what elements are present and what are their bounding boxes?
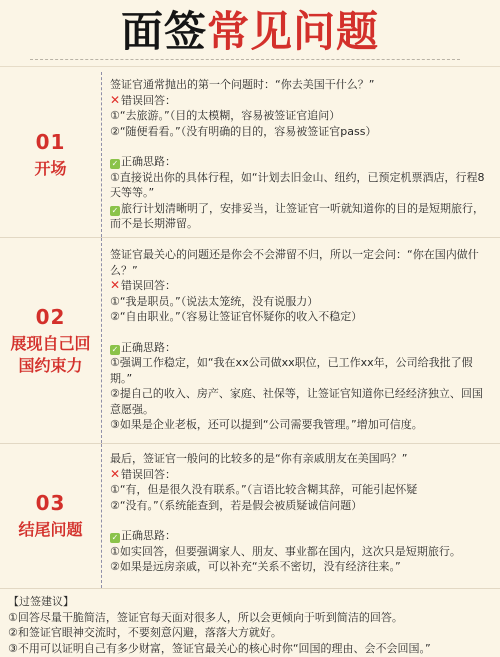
tip-item: ③不用可以证明自己有多少财富，签证官最关心的核心时你“回国的理由、会不会回国。” [8, 641, 494, 657]
section-number: 01 [36, 130, 66, 154]
correct-item: ①如实回答，但要强调家人、朋友、事业都在国内，这次只是短期旅行。 [110, 544, 490, 560]
title-red-part: 常见问题 [207, 7, 379, 56]
check-icon: ✓ [110, 159, 120, 169]
tip-item: ②和签证官眼神交流时，不要刻意闪避，落落大方就好。 [8, 625, 494, 641]
correct-answer-heading: ✓正确思路： [110, 528, 490, 544]
spacer [110, 139, 490, 154]
correct-extra: ✓旅行计划清晰明了，安排妥当，让签证官一听就知道你的目的是短期旅行，而不是长期滞… [110, 201, 490, 232]
section-label: 03 结尾问题 [0, 444, 102, 588]
section-closing: 03 结尾问题 最后，签证官一般问的比较多的是“你有亲戚朋友在美国吗？” ✕错误… [0, 444, 500, 589]
wrong-item: ①“有，但是很久没有联系。”（言语比较含糊其辞，可能引起怀疑 [110, 482, 490, 498]
section-name: 开场 [28, 158, 72, 180]
correct-label: 正确思路： [121, 155, 176, 168]
section-number: 02 [36, 305, 66, 329]
cross-icon: ✕ [110, 93, 121, 109]
title-underline-divider [30, 59, 460, 60]
wrong-label: 错误回答： [121, 94, 176, 107]
check-icon: ✓ [110, 533, 120, 543]
correct-item: ③如果是企业老板，还可以提到“公司需要我管理。”增加可信度。 [110, 417, 490, 433]
wrong-answer-heading: ✕错误回答： [110, 93, 490, 109]
correct-answer-heading: ✓正确思路： [110, 340, 490, 356]
correct-item: ②如果是远房亲戚，可以补充“关系不密切，没有经济往来。” [110, 559, 490, 575]
correct-item: ①直接说出你的具体行程，如“计划去旧金山、纽约，已预定机票酒店，行程8天等等。” [110, 170, 490, 201]
section-opening: 01 开场 签证官通常抛出的第一个问题时：“你去美国干什么？” ✕错误回答： ①… [0, 72, 500, 238]
section-intro: 签证官通常抛出的第一个问题时：“你去美国干什么？” [110, 77, 490, 93]
page-header: 面签常见问题 [0, 0, 500, 66]
check-icon: ✓ [110, 345, 120, 355]
wrong-answer-heading: ✕错误回答： [110, 278, 490, 294]
wrong-item: ①“去旅游。”（目的太模糊，容易被签证官追问） [110, 108, 490, 124]
wrong-item: ①“我是职员。”（说法太笼统，没有说服力） [110, 294, 490, 310]
section-name: 展现自己回国约束力 [5, 333, 97, 377]
cross-icon: ✕ [110, 467, 121, 483]
visa-tips: 【过签建议】 ①回答尽量干脆简洁，签证官每天面对很多人，所以会更倾向于听到简洁的… [8, 594, 494, 656]
correct-item: ①强调工作稳定，如“我在xx公司做xx职位，已工作xx年，公司给我批了假期。” [110, 355, 490, 386]
section-label: 02 展现自己回国约束力 [0, 238, 102, 443]
spacer [110, 513, 490, 528]
section-content: 签证官最关心的问题还是你会不会滞留不归，所以一定会问：“你在国内做什么？” ✕错… [110, 247, 490, 433]
section-intro: 签证官最关心的问题还是你会不会滞留不归，所以一定会问：“你在国内做什么？” [110, 247, 490, 278]
header-divider [0, 66, 500, 67]
wrong-item: ②“没有。”（系统能查到，若是假会被质疑诚信问题） [110, 498, 490, 514]
section-number: 03 [36, 491, 66, 515]
wrong-answer-heading: ✕错误回答： [110, 467, 490, 483]
section-content: 签证官通常抛出的第一个问题时：“你去美国干什么？” ✕错误回答： ①“去旅游。”… [110, 77, 490, 232]
section-name: 结尾问题 [12, 519, 88, 541]
wrong-label: 错误回答： [121, 279, 176, 292]
correct-item: ②提自己的收入、房产、家庭、社保等，让签证官知道你已经经济独立、回国意愿强。 [110, 386, 490, 417]
correct-answer-heading: ✓正确思路： [110, 154, 490, 170]
section-ties: 02 展现自己回国约束力 签证官最关心的问题还是你会不会滞留不归，所以一定会问：… [0, 238, 500, 444]
tips-title: 【过签建议】 [8, 594, 494, 610]
wrong-label: 错误回答： [121, 468, 176, 481]
page-title: 面签常见问题 [0, 8, 500, 56]
cross-icon: ✕ [110, 278, 121, 294]
section-intro: 最后，签证官一般问的比较多的是“你有亲戚朋友在美国吗？” [110, 451, 490, 467]
correct-label: 正确思路： [121, 529, 176, 542]
tip-item: ①回答尽量干脆简洁，签证官每天面对很多人，所以会更倾向于听到简洁的回答。 [8, 610, 494, 626]
check-icon: ✓ [110, 206, 120, 216]
section-content: 最后，签证官一般问的比较多的是“你有亲戚朋友在美国吗？” ✕错误回答： ①“有，… [110, 451, 490, 575]
title-black-part: 面签 [121, 7, 207, 56]
wrong-item: ②“随便看看。”（没有明确的目的，容易被签证官pass） [110, 124, 490, 140]
spacer [110, 325, 490, 340]
section-label: 01 开场 [0, 72, 102, 237]
correct-label: 正确思路： [121, 341, 176, 354]
wrong-item: ②“自由职业。”（容易让签证官怀疑你的收入不稳定） [110, 309, 490, 325]
